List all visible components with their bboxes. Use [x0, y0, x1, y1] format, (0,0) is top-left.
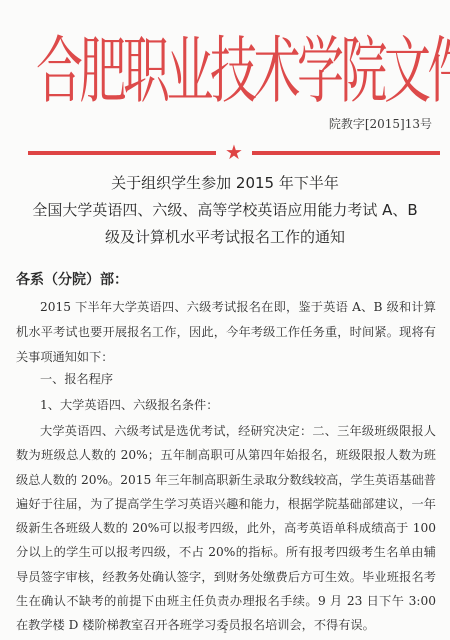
document-number: 院教字[2015]13号 — [329, 115, 432, 132]
subsection-heading: 1、大学英语四、六级报名条件： — [40, 396, 218, 413]
divider-line-left — [28, 151, 216, 155]
page-number: 1 — [0, 626, 450, 635]
notice-title-line-2: 全国大学英语四、六级、高等学校英语应用能力考试 A、B — [0, 199, 450, 220]
section-heading: 一、报名程序 — [40, 370, 113, 387]
notice-title-line-1: 关于组织学生参加 2015 年下半年 — [0, 172, 450, 193]
intro-paragraph: 2015 下半年大学英语四、六级考试报名在即，鉴于英语 A、B 级和计算机水平考… — [16, 295, 436, 370]
salutation: 各系（分院）部： — [16, 269, 128, 289]
subsection-paragraph: 大学英语四、六级考试是选优考试，经研究决定：二、三年级班级限报人数为班级总人数的… — [16, 419, 436, 638]
divider-line-right — [252, 151, 440, 155]
star-icon: ★ — [224, 142, 244, 162]
header-divider: ★ — [28, 148, 440, 162]
notice-title-line-3: 级及计算机水平考试报名工作的通知 — [0, 226, 450, 247]
